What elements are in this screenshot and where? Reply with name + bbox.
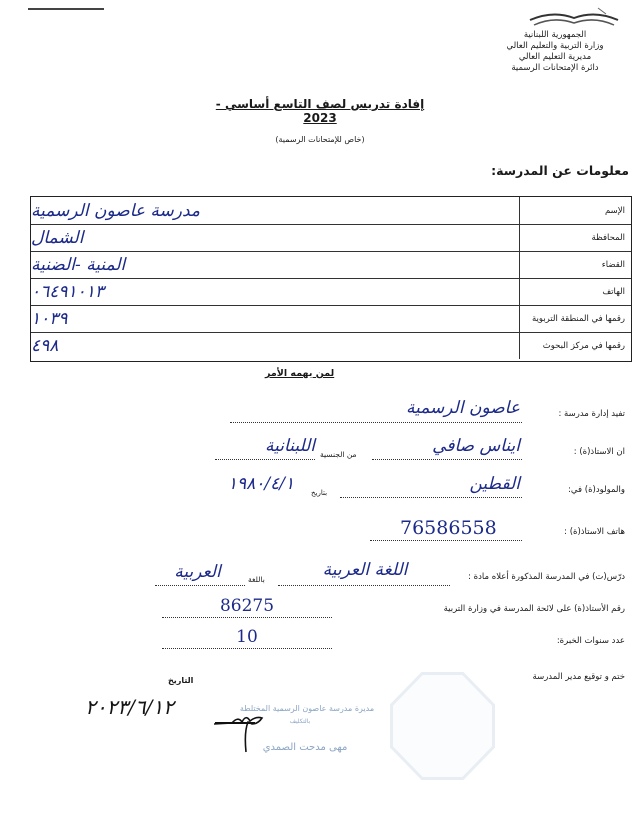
signature-scribble-icon — [212, 712, 272, 762]
district-label: القضاء — [519, 251, 631, 278]
admin-dots — [230, 422, 522, 423]
experience-label: عدد سنوات الخبرة: — [557, 636, 625, 646]
ministry-line: وزارة التربية والتعليم العالي — [495, 41, 615, 52]
research-center-number-value: ٤٩٨ — [31, 332, 518, 359]
document-title: إفادة تدريس لصف التاسع أساسي - 2023 — [200, 97, 440, 125]
ministry-header: الجمهورية اللبنانية وزارة التربية والتعل… — [495, 30, 615, 74]
admin-value: عاصون الرسمية — [340, 398, 520, 418]
teacher-dots — [372, 459, 522, 460]
experience-value: 10 — [162, 627, 332, 647]
subject-dots — [278, 585, 450, 586]
to-whom-it-may-concern: لمن يهمه الأمر — [265, 368, 334, 379]
table-row: ١٠٣٩ رقمها في المنطقة التربوية — [31, 305, 631, 333]
ministry-line: دائرة الإمتحانات الرسمية — [495, 63, 615, 74]
governorate-value: الشمال — [31, 224, 518, 251]
born-value: القطين — [410, 474, 520, 494]
born-label: والمولود(ة) في: — [568, 485, 625, 495]
phone-label: الهاتف — [519, 278, 631, 305]
ministry-line: مديرية التعليم العالي — [495, 52, 615, 63]
date-label: بتاريخ — [311, 489, 327, 497]
experience-dots — [162, 648, 332, 649]
open-book-logo-icon — [528, 6, 620, 28]
table-row: المنية -الضنية القضاء — [31, 251, 631, 279]
document-subtitle: (خاص للإمتحانات الرسمية) — [230, 135, 410, 144]
teacher-value: ايناس صافي — [380, 436, 520, 456]
signed-date-value: ٢٠٢٣/٦/١٢ — [62, 695, 197, 719]
subject-value: اللغة العربية — [290, 560, 440, 580]
ministry-line: الجمهورية اللبنانية — [495, 30, 615, 41]
district-value: المنية -الضنية — [31, 251, 518, 278]
table-row: ٠٦٤٩١٠١٣ الهاتف — [31, 278, 631, 306]
school-name-value: مدرسة عاصون الرسمية — [31, 197, 518, 224]
birth-date-value: ١٩٨٠/٤/١ — [212, 474, 310, 494]
stamp-signature-label: ختم و توقيع مدير المدرسة — [533, 672, 625, 682]
teacher-number-value: 86275 — [162, 596, 332, 616]
nationality-dots — [215, 459, 315, 460]
language-label: باللغة — [248, 575, 265, 584]
teacher-phone-label: هاتف الاستاذ(ة) : — [564, 527, 625, 537]
education-zone-number-label: رقمها في المنطقة التربوية — [519, 305, 631, 332]
table-row: ٤٩٨ رقمها في مركز البحوث — [31, 332, 631, 359]
date-heading: التاريخ — [168, 676, 193, 685]
taught-subject-label: درّس(ت) في المدرسة المذكورة أعلاه مادة : — [468, 572, 625, 582]
school-info-heading: معلومات عن المدرسة: — [491, 163, 629, 178]
teacher-number-label: رقم الأستاذ(ة) على لائحة المدرسة في وزار… — [444, 604, 625, 614]
teacher-number-dots — [162, 617, 332, 618]
admin-label: تفيد إدارة مدرسة : — [558, 409, 625, 419]
education-zone-number-value: ١٠٣٩ — [31, 305, 518, 332]
born-dots — [340, 497, 522, 498]
phone-value: ٠٦٤٩١٠١٣ — [31, 278, 518, 305]
teacher-phone-dots — [370, 540, 522, 541]
teacher-label: ان الاستاذ(ة) : — [574, 447, 625, 457]
school-info-table: مدرسة عاصون الرسمية الإسم الشمال المحافظ… — [30, 196, 632, 362]
language-value: العربية — [150, 562, 245, 582]
nationality-value: اللبنانية — [210, 436, 315, 456]
table-row: مدرسة عاصون الرسمية الإسم — [31, 197, 631, 225]
language-dots — [155, 585, 245, 586]
school-name-label: الإسم — [519, 197, 631, 224]
table-row: الشمال المحافظة — [31, 224, 631, 252]
governorate-label: المحافظة — [519, 224, 631, 251]
principal-stamp-line2: بالتكليف — [260, 718, 340, 725]
research-center-number-label: رقمها في مركز البحوث — [519, 332, 631, 359]
corner-mark — [28, 8, 104, 13]
teacher-phone-value: 76586558 — [400, 517, 525, 539]
nationality-label: من الجنسية — [320, 450, 357, 459]
